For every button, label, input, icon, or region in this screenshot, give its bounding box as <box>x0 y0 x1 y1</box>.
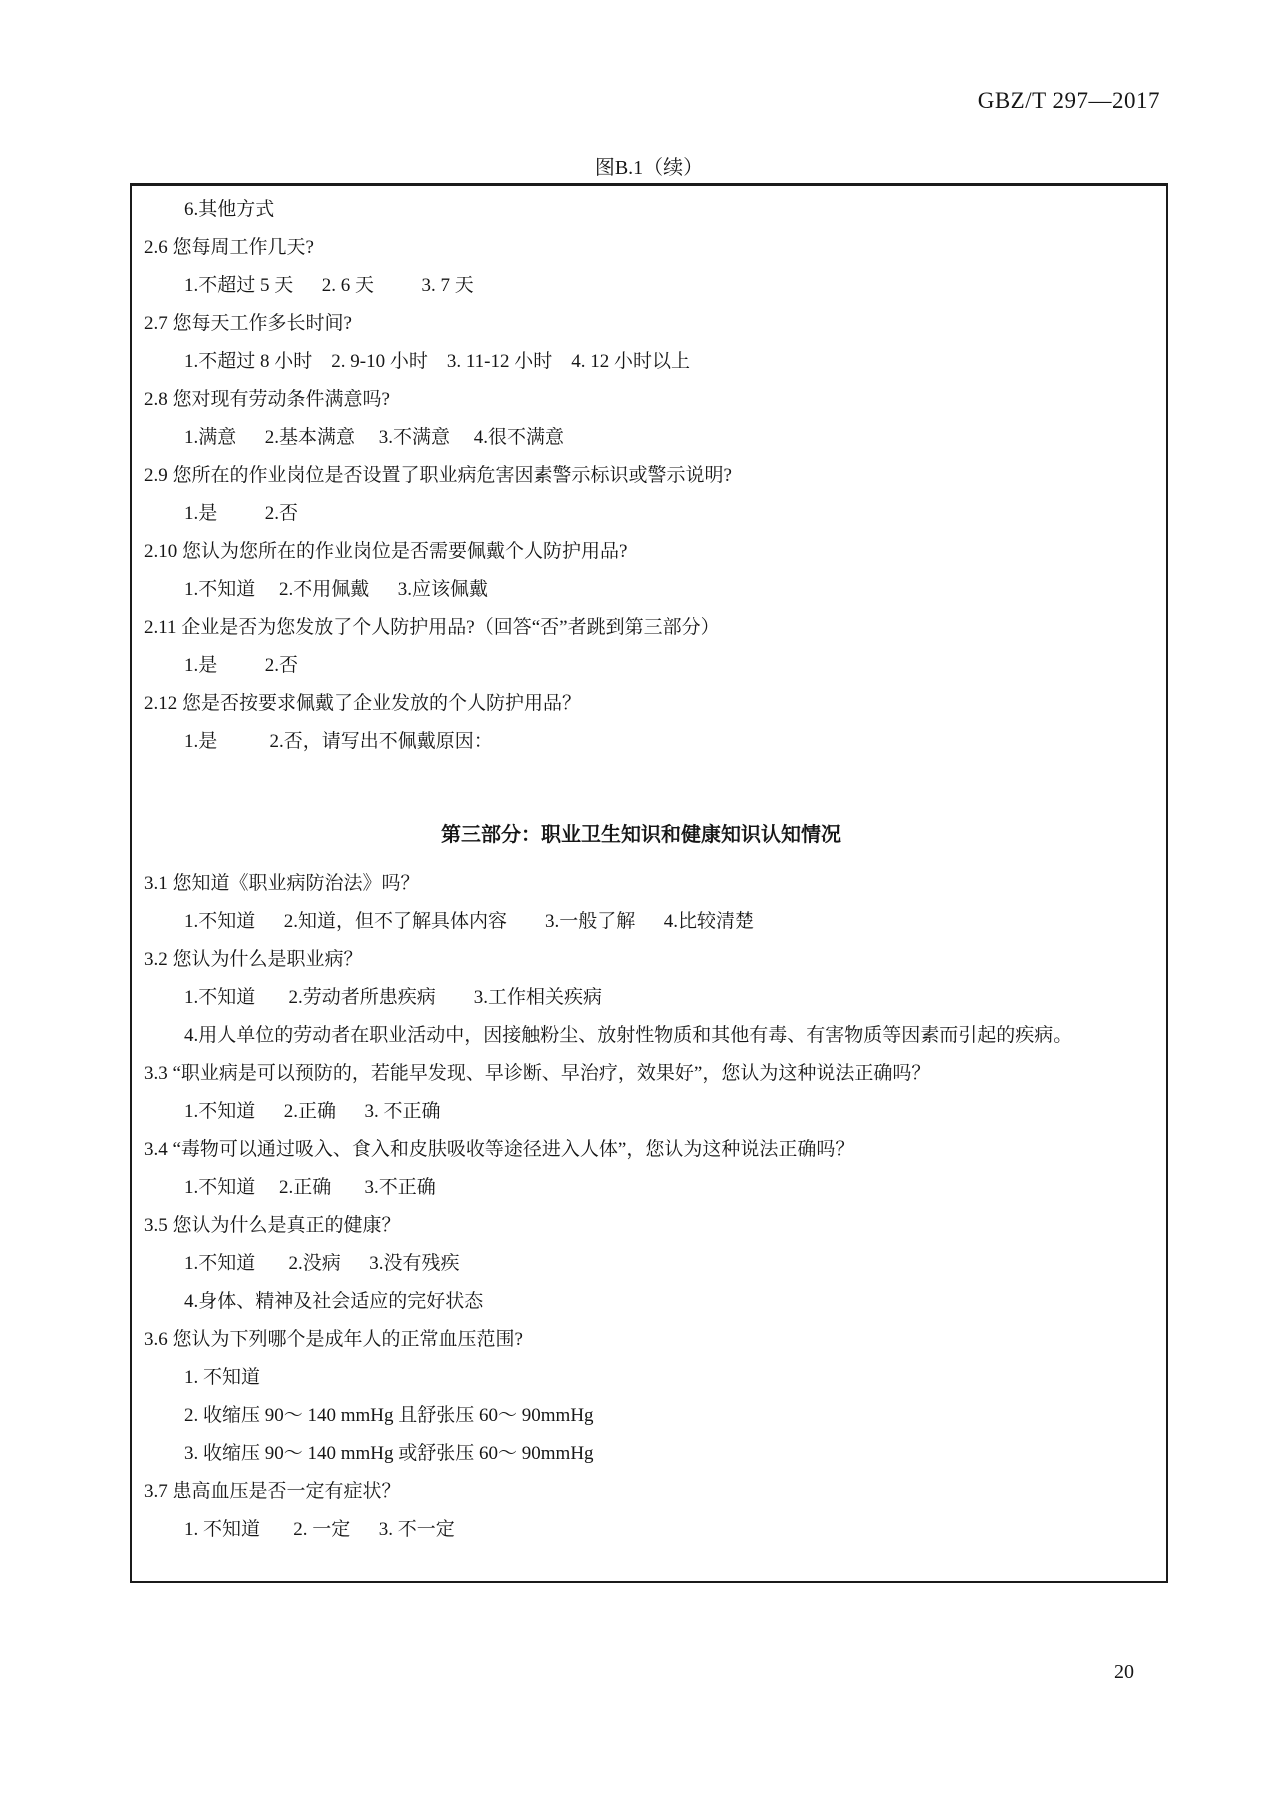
question-line: 3.1 您知道《职业病防治法》吗？ <box>132 865 1150 903</box>
option-line: 1.不知道 2.知道，但不了解具体内容 3.一般了解 4.比较清楚 <box>132 903 1150 941</box>
option-line: 2. 收缩压 90～ 140 mmHg 且舒张压 60～ 90mmHg <box>132 1397 1150 1435</box>
question-line: 2.9 您所在的作业岗位是否设置了职业病危害因素警示标识或警示说明? <box>132 457 1150 495</box>
option-line: 4.身体、精神及社会适应的完好状态 <box>132 1283 1150 1321</box>
option-line: 1.不知道 2.正确 3. 不正确 <box>132 1093 1150 1131</box>
question-line: 2.8 您对现有劳动条件满意吗? <box>132 381 1150 419</box>
questionnaire-box: 6.其他方式2.6 您每周工作几天?1.不超过 5 天 2. 6 天 3. 7 … <box>130 183 1168 1583</box>
section-heading: 第三部分：职业卫生知识和健康知识认知情况 <box>132 805 1150 865</box>
question-line: 3.3 “职业病是可以预防的，若能早发现、早诊断、早治疗，效果好”，您认为这种说… <box>132 1055 1150 1093</box>
option-line: 1.是 2.否，请写出不佩戴原因： <box>132 723 1150 761</box>
option-line: 1.不知道 2.不用佩戴 3.应该佩戴 <box>132 571 1150 609</box>
option-line: 6.其他方式 <box>132 191 1150 229</box>
option-line: 1.满意 2.基本满意 3.不满意 4.很不满意 <box>132 419 1150 457</box>
question-line: 3.4 “毒物可以通过吸入、食入和皮肤吸收等途径进入人体”，您认为这种说法正确吗… <box>132 1131 1150 1169</box>
option-line: 1.不超过 8 小时 2. 9-10 小时 3. 11-12 小时 4. 12 … <box>132 343 1150 381</box>
option-line: 1.是 2.否 <box>132 647 1150 685</box>
question-line: 2.6 您每周工作几天? <box>132 229 1150 267</box>
page-number: 20 <box>130 1661 1168 1684</box>
document-page: GBZ/T 297—2017 图B.1（续） 6.其他方式2.6 您每周工作几天… <box>0 0 1280 1810</box>
standard-number: GBZ/T 297—2017 <box>130 88 1168 114</box>
option-line: 1. 不知道 <box>132 1359 1150 1397</box>
question-line: 3.7 患高血压是否一定有症状？ <box>132 1473 1150 1511</box>
option-line: 1.是 2.否 <box>132 495 1150 533</box>
option-line: 1.不知道 2.正确 3.不正确 <box>132 1169 1150 1207</box>
question-line: 2.10 您认为您所在的作业岗位是否需要佩戴个人防护用品? <box>132 533 1150 571</box>
option-line: 1.不超过 5 天 2. 6 天 3. 7 天 <box>132 267 1150 305</box>
question-line: 3.2 您认为什么是职业病？ <box>132 941 1150 979</box>
question-line: 3.6 您认为下列哪个是成年人的正常血压范围? <box>132 1321 1150 1359</box>
question-line: 2.11 企业是否为您发放了个人防护用品?（回答“否”者跳到第三部分） <box>132 609 1150 647</box>
question-line: 2.7 您每天工作多长时间? <box>132 305 1150 343</box>
option-line: 1. 不知道 2. 一定 3. 不一定 <box>132 1511 1150 1549</box>
blank-line <box>132 761 1150 805</box>
option-line: 1.不知道 2.劳动者所患疾病 3.工作相关疾病 <box>132 979 1150 1017</box>
question-line: 3.5 您认为什么是真正的健康？ <box>132 1207 1150 1245</box>
option-line: 4.用人单位的劳动者在职业活动中，因接触粉尘、放射性物质和其他有毒、有害物质等因… <box>132 1017 1150 1055</box>
option-line: 3. 收缩压 90～ 140 mmHg 或舒张压 60～ 90mmHg <box>132 1435 1150 1473</box>
question-line: 2.12 您是否按要求佩戴了企业发放的个人防护用品？ <box>132 685 1150 723</box>
figure-title: 图B.1（续） <box>130 151 1168 180</box>
option-line: 1.不知道 2.没病 3.没有残疾 <box>132 1245 1150 1283</box>
